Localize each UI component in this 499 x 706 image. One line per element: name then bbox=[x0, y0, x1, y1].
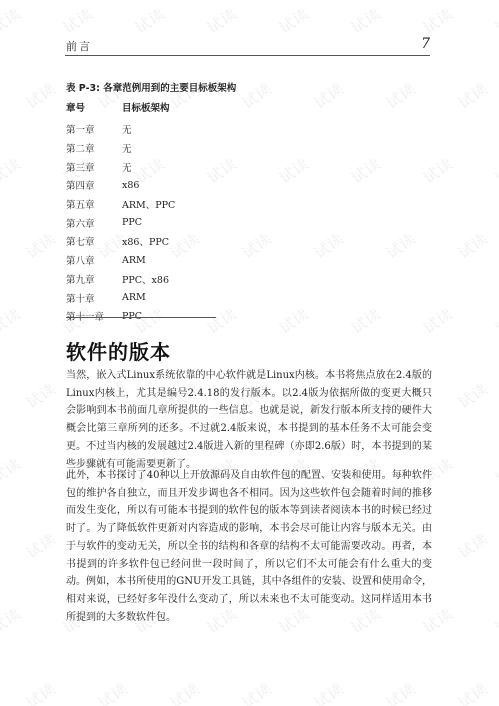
architecture-cell: x86 bbox=[122, 176, 218, 195]
chapter-cell: 第四章 bbox=[66, 176, 122, 195]
table-caption: 表 P-3: 各章范例用到的主要目标板架构 bbox=[66, 80, 236, 94]
table-row: 第二章 无 bbox=[66, 139, 218, 158]
table-row: 第六章 PPC bbox=[66, 213, 218, 232]
architecture-cell: 无 bbox=[122, 157, 218, 176]
section-heading: 软件的版本 bbox=[66, 336, 171, 365]
architecture-cell: PPC、x86 bbox=[122, 270, 218, 289]
architecture-cell: ARM bbox=[122, 288, 218, 307]
body-paragraph: 当然，嵌入式Linux系统依靠的中心软件就是Linux内核。本书将焦点放在2.4… bbox=[66, 367, 432, 473]
table-row: 第三章 无 bbox=[66, 157, 218, 176]
column-header-architecture: 目标板架构 bbox=[122, 100, 218, 120]
chapter-cell: 第五章 bbox=[66, 195, 122, 214]
table-row: 第四章 x86 bbox=[66, 176, 218, 195]
chapter-cell: 第二章 bbox=[66, 139, 122, 158]
architecture-cell: ARM、PPC bbox=[122, 195, 218, 214]
architecture-cell: x86、PPC bbox=[122, 232, 218, 251]
chapter-cell: 第三章 bbox=[66, 157, 122, 176]
table-bottom-rule bbox=[66, 317, 216, 318]
book-page: 前言 7 表 P-3: 各章范例用到的主要目标板架构 章号 目标板架构 第一章 … bbox=[0, 0, 499, 706]
chapter-cell: 第一章 bbox=[66, 120, 122, 139]
table-row: 第一章 无 bbox=[66, 120, 218, 139]
architecture-cell: ARM bbox=[122, 251, 218, 270]
table-row: 第九章 PPC、x86 bbox=[66, 270, 218, 289]
chapter-cell: 第九章 bbox=[66, 270, 122, 289]
column-header-chapter: 章号 bbox=[66, 100, 122, 120]
table-header-row: 章号 目标板架构 bbox=[66, 100, 218, 120]
body-paragraph: 此外，本书探讨了40种以上开放源码及自由软件包的配置、安装和使用。每种软件包的维… bbox=[66, 467, 432, 626]
chapter-cell: 第八章 bbox=[66, 251, 122, 270]
chapter-cell: 第十章 bbox=[66, 288, 122, 307]
table-row: 第八章 ARM bbox=[66, 251, 218, 270]
running-header: 前言 7 bbox=[65, 38, 430, 58]
header-section-title: 前言 bbox=[66, 38, 92, 54]
architecture-cell: 无 bbox=[122, 139, 218, 158]
architecture-cell: PPC bbox=[122, 213, 218, 232]
chapter-cell: 第七章 bbox=[66, 232, 122, 251]
architecture-cell: 无 bbox=[122, 120, 218, 139]
table-row: 第七章 x86、PPC bbox=[66, 232, 218, 251]
table-row: 第五章 ARM、PPC bbox=[66, 195, 218, 214]
architecture-table: 章号 目标板架构 第一章 无 第二章 无 第三章 无 第四章 x86 第五章 bbox=[66, 100, 218, 326]
page-number: 7 bbox=[421, 36, 430, 52]
chapter-cell: 第六章 bbox=[66, 213, 122, 232]
table-row: 第十章 ARM bbox=[66, 288, 218, 307]
header-rule bbox=[65, 55, 430, 56]
